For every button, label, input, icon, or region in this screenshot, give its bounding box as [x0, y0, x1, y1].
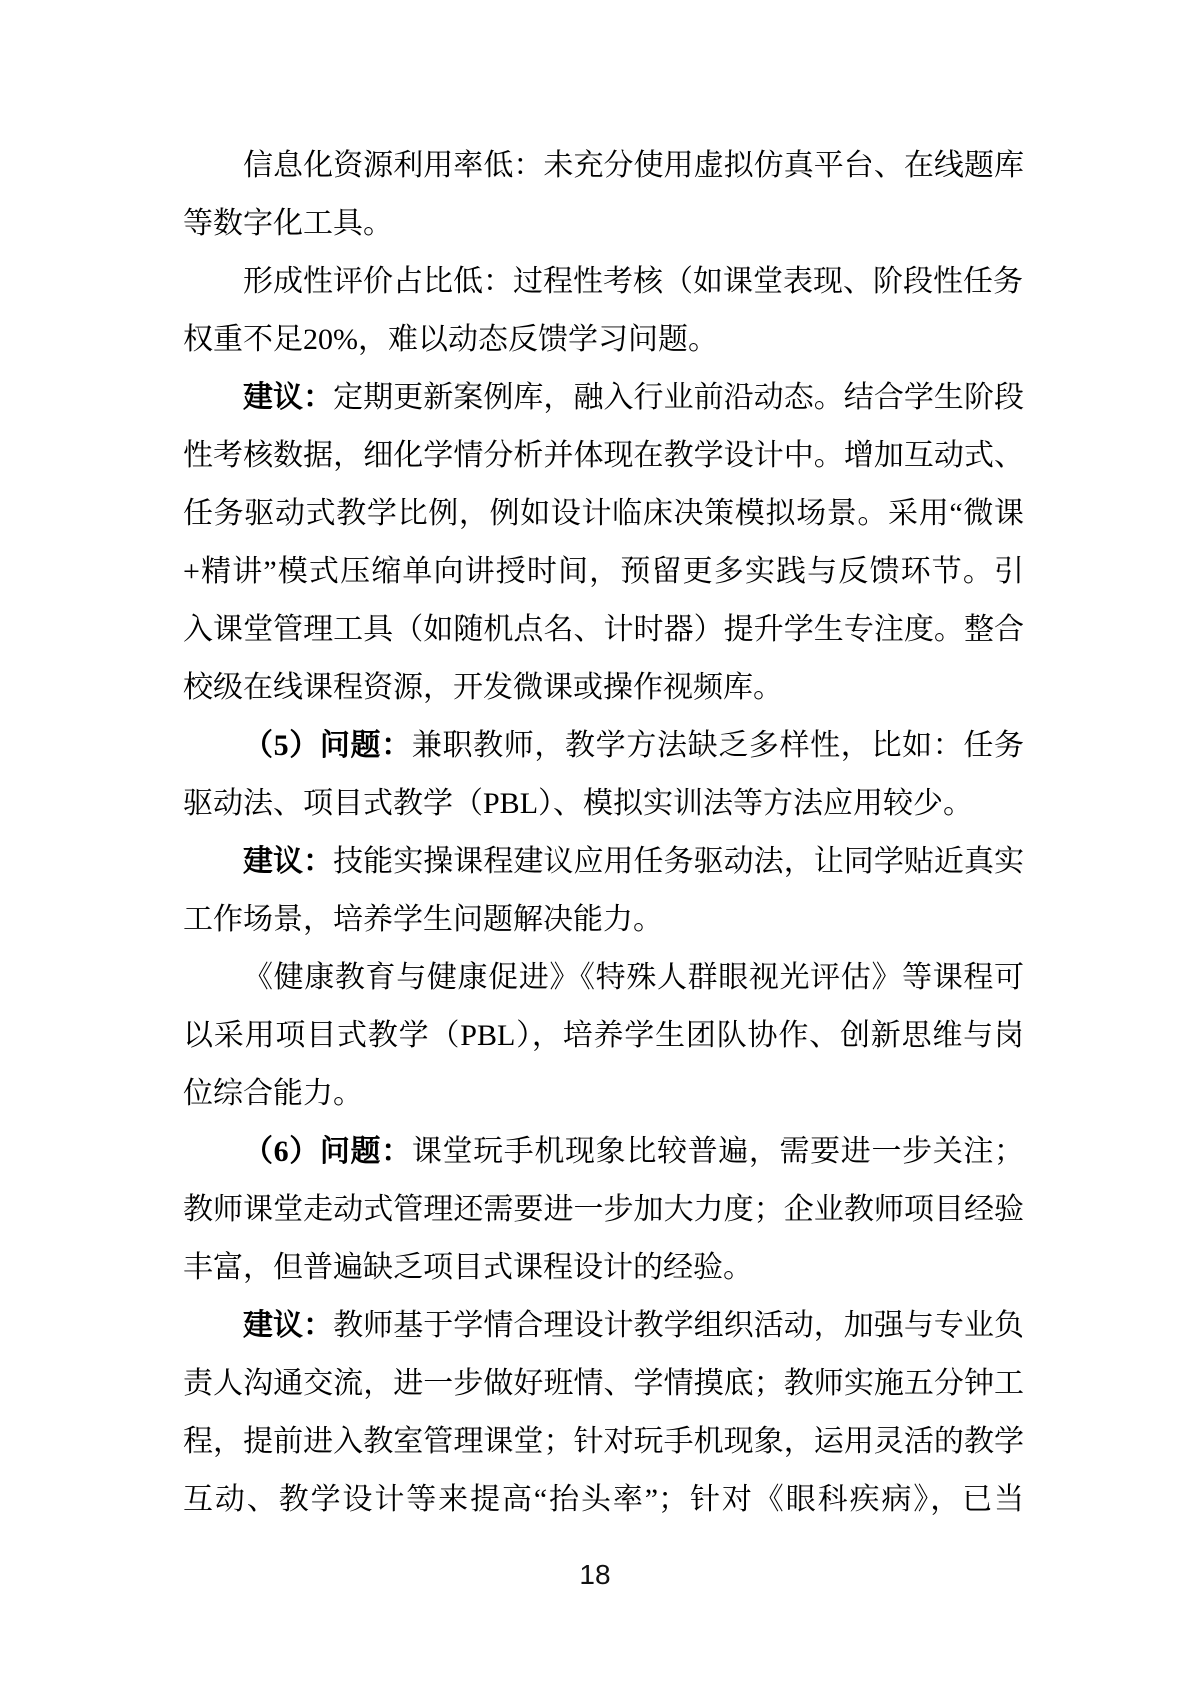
bold-lead-in: 建议：: [243, 1309, 333, 1342]
text-run: 互动、教学设计等来提高“抬头率”；针对《眼科疾病》，已当: [183, 1483, 1024, 1516]
text-line: 以采用项目式教学（PBL），培养学生团队协作、创新思维与岗: [183, 1007, 1024, 1065]
bold-lead-in: 建议：: [243, 381, 333, 414]
page-number: 18: [579, 1559, 610, 1590]
text-line: 校级在线课程资源，开发微课或操作视频库。: [183, 659, 1024, 717]
text-run: 以采用项目式教学（PBL），培养学生团队协作、创新思维与岗: [183, 1019, 1024, 1052]
text-line: 教师课堂走动式管理还需要进一步加大力度；企业教师项目经验: [183, 1181, 1024, 1239]
text-run: 等数字化工具。: [183, 207, 393, 240]
bold-lead-in: （6）问题：: [243, 1135, 412, 1168]
text-line: 《健康教育与健康促进》《特殊人群眼视光评估》等课程可: [183, 949, 1024, 1007]
text-line: 互动、教学设计等来提高“抬头率”；针对《眼科疾病》，已当: [183, 1471, 1024, 1529]
bold-lead-in: （5）问题：: [243, 729, 412, 762]
text-run: 位综合能力。: [183, 1077, 363, 1110]
text-run: 入课堂管理工具（如随机点名、计时器）提升学生专注度。整合: [183, 613, 1024, 646]
text-line: 性考核数据，细化学情分析并体现在教学设计中。增加互动式、: [183, 427, 1024, 485]
text-run: 工作场景，培养学生问题解决能力。: [183, 903, 663, 936]
text-line: 程，提前进入教室管理课堂；针对玩手机现象，运用灵活的教学: [183, 1413, 1024, 1471]
text-line: 工作场景，培养学生问题解决能力。: [183, 891, 1024, 949]
text-line: 形成性评价占比低：过程性考核（如课堂表现、阶段性任务）: [183, 253, 1024, 311]
text-run: 性考核数据，细化学情分析并体现在教学设计中。增加互动式、: [183, 439, 1024, 472]
text-line: （5）问题：兼职教师，教学方法缺乏多样性，比如：任务: [183, 717, 1024, 775]
document-page: 信息化资源利用率低：未充分使用虚拟仿真平台、在线题库等数字化工具。形成性评价占比…: [0, 0, 1190, 1683]
text-run: 责人沟通交流，进一步做好班情、学情摸底；教师实施五分钟工: [183, 1367, 1024, 1400]
text-run: 技能实操课程建议应用任务驱动法，让同学贴近真实: [333, 845, 1024, 878]
text-run: 权重不足20%，难以动态反馈学习问题。: [183, 323, 718, 356]
text-line: 权重不足20%，难以动态反馈学习问题。: [183, 311, 1024, 369]
text-line: （6）问题：课堂玩手机现象比较普遍，需要进一步关注；: [183, 1123, 1024, 1181]
text-run: 兼职教师，教学方法缺乏多样性，比如：任务: [412, 729, 1024, 762]
text-run: +精讲”模式压缩单向讲授时间，预留更多实践与反馈环节。引: [183, 555, 1024, 588]
text-run: 教师基于学情合理设计教学组织活动，加强与专业负: [333, 1309, 1024, 1342]
text-run: 课堂玩手机现象比较普遍，需要进一步关注；: [412, 1135, 1024, 1168]
text-line: 建议：技能实操课程建议应用任务驱动法，让同学贴近真实: [183, 833, 1024, 891]
text-run: 丰富，但普遍缺乏项目式课程设计的经验。: [183, 1251, 753, 1284]
text-run: 驱动法、项目式教学（PBL）、模拟实训法等方法应用较少。: [183, 787, 973, 820]
body-text: 信息化资源利用率低：未充分使用虚拟仿真平台、在线题库等数字化工具。形成性评价占比…: [183, 137, 1024, 1529]
text-line: +精讲”模式压缩单向讲授时间，预留更多实践与反馈环节。引: [183, 543, 1024, 601]
text-run: 程，提前进入教室管理课堂；针对玩手机现象，运用灵活的教学: [183, 1425, 1024, 1458]
text-line: 位综合能力。: [183, 1065, 1024, 1123]
text-run: 形成性评价占比低：过程性考核（如课堂表现、阶段性任务）: [243, 265, 1024, 298]
bold-lead-in: 建议：: [243, 845, 333, 878]
text-run: 定期更新案例库，融入行业前沿动态。结合学生阶段: [333, 381, 1024, 414]
text-line: 丰富，但普遍缺乏项目式课程设计的经验。: [183, 1239, 1024, 1297]
text-line: 等数字化工具。: [183, 195, 1024, 253]
text-line: 责人沟通交流，进一步做好班情、学情摸底；教师实施五分钟工: [183, 1355, 1024, 1413]
page-footer: 18: [0, 1558, 1190, 1592]
text-line: 驱动法、项目式教学（PBL）、模拟实训法等方法应用较少。: [183, 775, 1024, 833]
text-run: 信息化资源利用率低：未充分使用虚拟仿真平台、在线题库: [243, 149, 1024, 182]
text-run: 教师课堂走动式管理还需要进一步加大力度；企业教师项目经验: [183, 1193, 1024, 1226]
text-line: 信息化资源利用率低：未充分使用虚拟仿真平台、在线题库: [183, 137, 1024, 195]
text-line: 建议：定期更新案例库，融入行业前沿动态。结合学生阶段: [183, 369, 1024, 427]
text-run: 校级在线课程资源，开发微课或操作视频库。: [183, 671, 783, 704]
text-run: 《健康教育与健康促进》《特殊人群眼视光评估》等课程可: [243, 961, 1024, 994]
text-run: 任务驱动式教学比例，例如设计临床决策模拟场景。采用“微课: [183, 497, 1024, 530]
text-line: 任务驱动式教学比例，例如设计临床决策模拟场景。采用“微课: [183, 485, 1024, 543]
text-line: 建议：教师基于学情合理设计教学组织活动，加强与专业负: [183, 1297, 1024, 1355]
text-line: 入课堂管理工具（如随机点名、计时器）提升学生专注度。整合: [183, 601, 1024, 659]
